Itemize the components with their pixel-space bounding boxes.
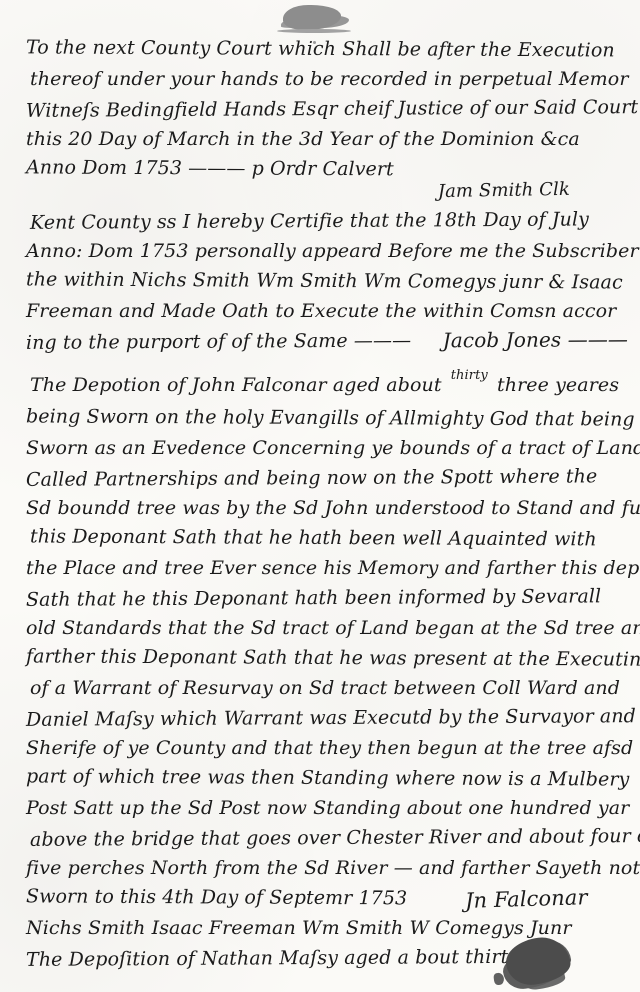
falconar-signature: Jn Falconar bbox=[465, 882, 588, 916]
manuscript-line: Sd boundd tree was by the Sd John unders… bbox=[26, 493, 634, 523]
manuscript-line: five perches North from the Sd River — a… bbox=[26, 853, 634, 883]
manuscript-line: The Depotion of John Falconar aged about… bbox=[26, 370, 634, 403]
manuscript-line: Post Satt up the Sd Post now Standing ab… bbox=[26, 793, 634, 823]
manuscript-line: Witneſs Bedingfield Hands Esqr cheif Jus… bbox=[26, 92, 634, 126]
manuscript-line: part of which tree was then Standing whe… bbox=[26, 761, 634, 794]
manuscript-line-text: three yeares bbox=[497, 374, 619, 396]
jacob-jones-signature: Jacob Jones ——— bbox=[443, 324, 628, 355]
manuscript-line: being Sworn on the holy Evangills of All… bbox=[26, 401, 634, 434]
manuscript-line: the within Nichs Smith Wm Smith Wm Comeg… bbox=[26, 264, 634, 297]
manuscript-line: ing to the purport of of the Same ——— Ja… bbox=[26, 324, 634, 358]
manuscript-line: Freeman and Made Oath to Execute the wit… bbox=[26, 296, 634, 326]
manuscript-line: To the next County Court which Shall be … bbox=[26, 32, 634, 65]
manuscript-line: Anno: Dom 1753 personally appeard Before… bbox=[26, 236, 634, 266]
manuscript-line: Kent County ss I hereby Certifie that th… bbox=[26, 204, 634, 238]
manuscript-line: Sworn to this 4th Day of Septemr 1753 Jn… bbox=[26, 881, 634, 914]
manuscript-line: Called Partnerships and being now on the… bbox=[26, 461, 634, 495]
manuscript-line: Sherife of ye County and that they then … bbox=[26, 733, 634, 763]
manuscript-line: above the bridge that goes over Chester … bbox=[26, 821, 634, 855]
manuscript-line-text: ing to the purport of of the Same ——— bbox=[26, 326, 411, 358]
manuscript-line: thereof under your hands to be recorded … bbox=[26, 64, 634, 94]
manuscript-line: this Deponant Sath that he hath been wel… bbox=[26, 521, 634, 554]
page-number-stamp bbox=[283, 5, 341, 30]
manuscript-content: To the next County Court which Shall be … bbox=[26, 34, 634, 973]
manuscript-line: Daniel Maſsy which Warrant was Executd b… bbox=[26, 701, 634, 735]
manuscript-line: old Standards that the Sd tract of Land … bbox=[26, 613, 634, 643]
manuscript-line: this 20 Day of March in the 3d Year of t… bbox=[26, 124, 634, 154]
manuscript-page: To the next County Court which Shall be … bbox=[0, 0, 640, 992]
manuscript-line: of a Warrant of Resurvay on Sd tract bet… bbox=[26, 673, 634, 703]
manuscript-line: Sworn as an Evedence Concerning ye bound… bbox=[26, 433, 634, 463]
manuscript-line: the Place and tree Ever sence his Memory… bbox=[26, 553, 634, 583]
interlined-word: thirty bbox=[451, 368, 488, 383]
manuscript-line: Sath that he this Deponant hath been inf… bbox=[26, 581, 634, 615]
manuscript-line-text: The Depotion of John Falconar aged about bbox=[30, 374, 442, 396]
manuscript-line: farther this Deponant Sath that he was p… bbox=[26, 641, 634, 674]
manuscript-line-text: Sworn to this 4th Day of Septemr 1753 bbox=[26, 881, 407, 913]
